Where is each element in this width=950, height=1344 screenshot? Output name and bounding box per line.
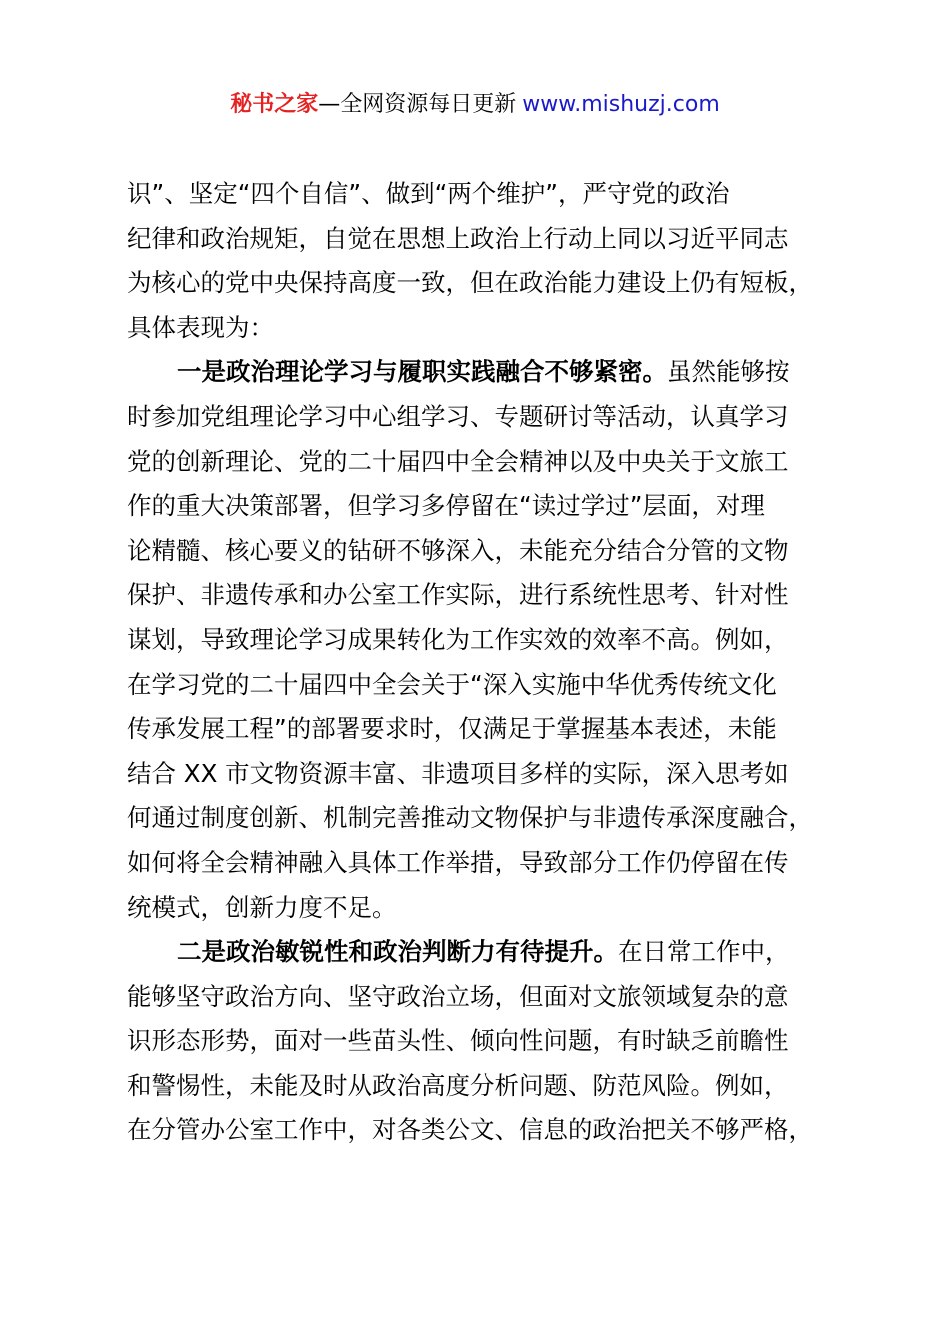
section-1-heading: 一是政治理论学习与履职实践融合不够紧密。 (177, 357, 667, 386)
section-1-first-line: 一是政治理论学习与履职实践融合不够紧密。虽然能够按 (127, 350, 857, 395)
section-1-line: 谋划，导致理论学习成果转化为工作实效的效率不高。例如， (127, 618, 857, 663)
section-1-line: 何通过制度创新、机制完善推动文物保护与非遗传承深度融合， (127, 796, 857, 841)
section-2-line: 和警惕性，未能及时从政治高度分析问题、防范风险。例如， (127, 1064, 857, 1109)
header-tagline: —全网资源每日更新 (318, 92, 516, 117)
page-header: 秘书之家—全网资源每日更新www.mishuzj.com (0, 88, 950, 122)
intro-line: 识”、坚定“四个自信”、做到“两个维护”，严守党的政治 (127, 172, 857, 217)
section-1-line: 结合 XX 市文物资源丰富、非遗项目多样的实际，深入思考如 (127, 752, 857, 797)
section-2-first-line: 二是政治敏锐性和政治判断力有待提升。在日常工作中， (127, 930, 857, 975)
intro-line: 纪律和政治规矩，自觉在思想上政治上行动上同以习近平同志 (127, 217, 857, 262)
brand-name: 秘书之家 (230, 92, 318, 117)
section-1-line: 保护、非遗传承和办公室工作实际，进行系统性思考、针对性 (127, 573, 857, 618)
section-2-line: 识形态形势，面对一些苗头性、倾向性问题，有时缺乏前瞻性 (127, 1019, 857, 1064)
section-2-heading: 二是政治敏锐性和政治判断力有待提升。 (177, 937, 618, 966)
section-1-line: 论精髓、核心要义的钻研不够深入，未能充分结合分管的文物 (127, 529, 857, 574)
intro-line: 具体表现为： (127, 306, 857, 351)
section-1-line: 作的重大决策部署，但学习多停留在“读过学过”层面，对理 (127, 484, 857, 529)
section-2-line: 在分管办公室工作中，对各类公文、信息的政治把关不够严格， (127, 1108, 857, 1153)
section-2-first-line-rest: 在日常工作中， (618, 937, 790, 966)
document-body: 识”、坚定“四个自信”、做到“两个维护”，严守党的政治 纪律和政治规矩，自觉在思… (127, 172, 857, 1153)
section-1-line: 如何将全会精神融入具体工作举措，导致部分工作仍停留在传 (127, 841, 857, 886)
section-2-line: 能够坚守政治方向、坚守政治立场，但面对文旅领域复杂的意 (127, 975, 857, 1020)
site-url-link[interactable]: www.mishuzj.com (522, 92, 719, 117)
section-1-line: 党的创新理论、党的二十届四中全会精神以及中央关于文旅工 (127, 440, 857, 485)
intro-line: 为核心的党中央保持高度一致，但在政治能力建设上仍有短板， (127, 261, 857, 306)
section-1-line: 时参加党组理论学习中心组学习、专题研讨等活动，认真学习 (127, 395, 857, 440)
section-1-line: 在学习党的二十届四中全会关于“深入实施中华优秀传统文化 (127, 663, 857, 708)
section-1-line: 传承发展工程”的部署要求时，仅满足于掌握基本表述，未能 (127, 707, 857, 752)
section-1-line: 统模式，创新力度不足。 (127, 886, 857, 931)
section-1-first-line-rest: 虽然能够按 (667, 357, 790, 386)
